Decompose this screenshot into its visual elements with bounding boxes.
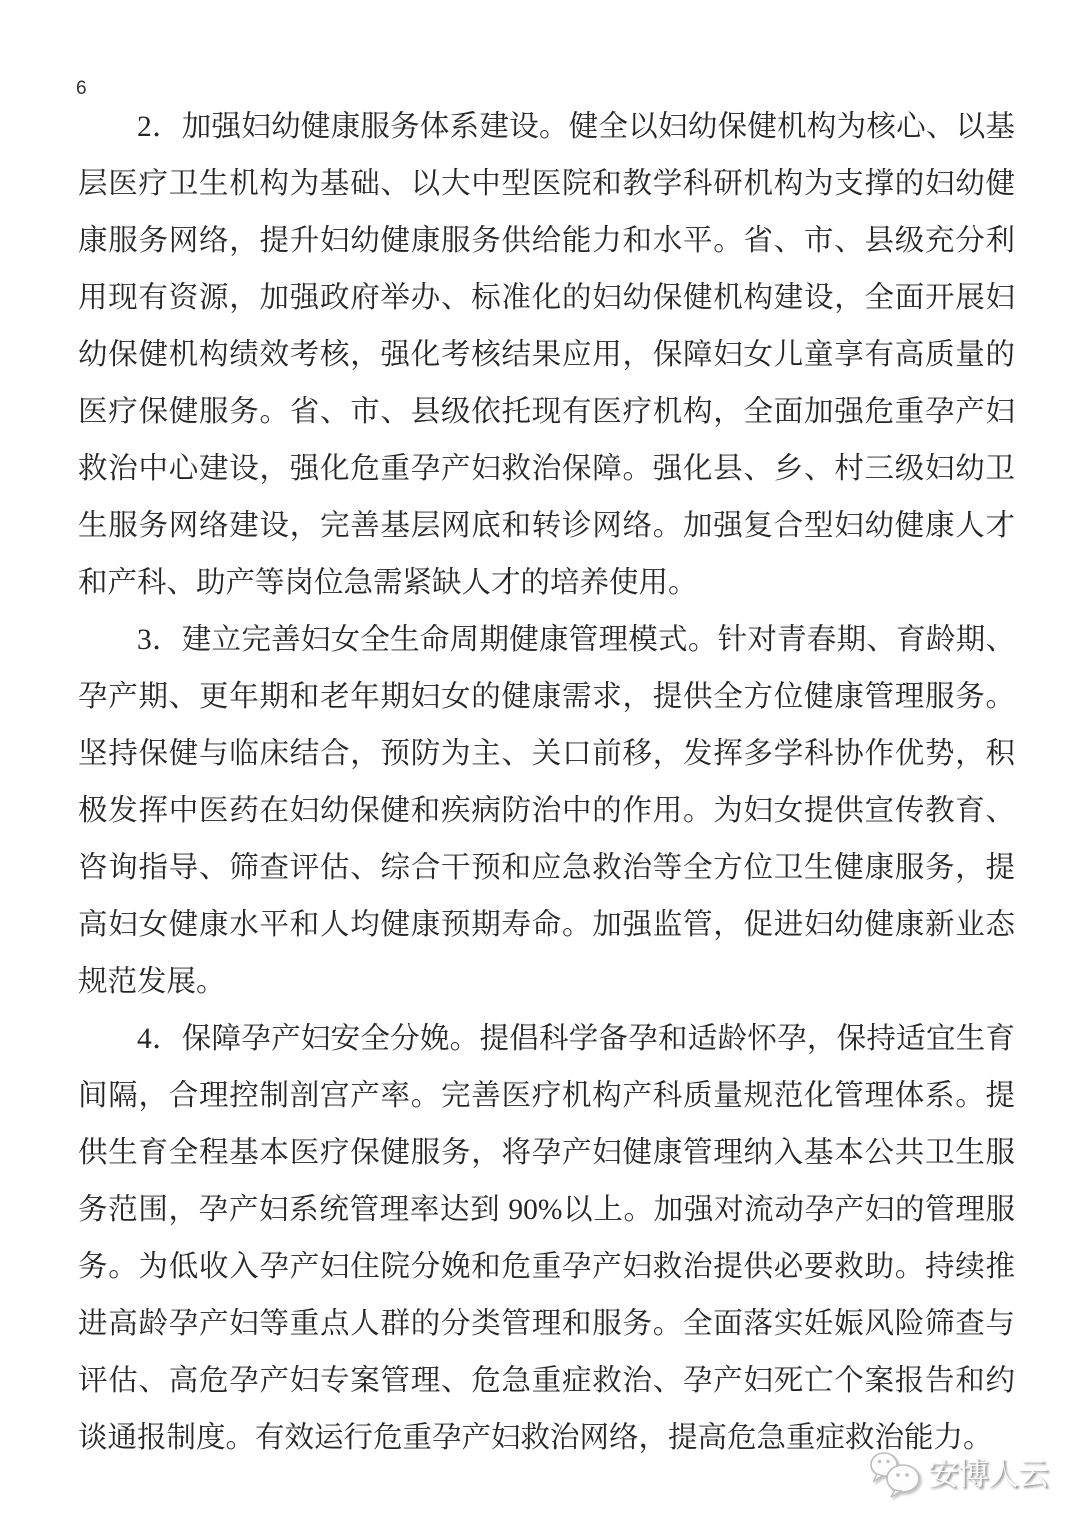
- document-body: 2．加强妇幼健康服务体系建设。健全以妇幼保健机构为核心、以基层医疗卫生机构为基础…: [78, 99, 1015, 1467]
- watermark-text: 安博人云: [928, 1459, 1048, 1490]
- paragraph: 4．保障孕产妇安全分娩。提倡科学备孕和适龄怀孕，保持适宜生育间隔，合理控制剖宫产…: [78, 1011, 1015, 1467]
- paragraph: 3．建立完善妇女全生命周期健康管理模式。针对青春期、育龄期、孕产期、更年期和老年…: [78, 612, 1015, 1011]
- wechat-icon: [868, 1450, 922, 1498]
- paragraph: 2．加强妇幼健康服务体系建设。健全以妇幼保健机构为核心、以基层医疗卫生机构为基础…: [78, 99, 1015, 612]
- page-number: 6: [76, 79, 87, 98]
- document-page: 6 2．加强妇幼健康服务体系建设。健全以妇幼保健机构为核心、以基层医疗卫生机构为…: [0, 0, 1080, 1527]
- watermark: 安博人云: [868, 1450, 1048, 1498]
